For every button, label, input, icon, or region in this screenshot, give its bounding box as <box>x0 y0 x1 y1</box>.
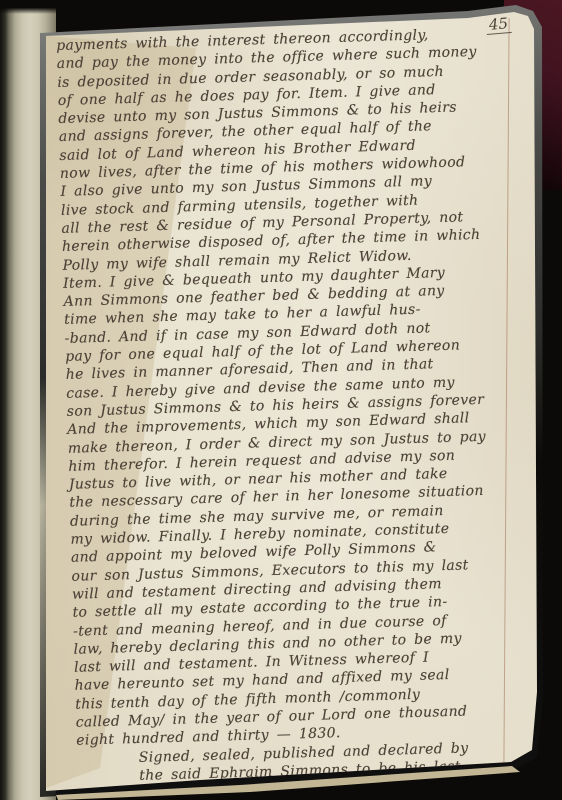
manuscript-page: 45 payments with the interest thereon ac… <box>0 0 562 800</box>
manuscript-text: payments with the interest thereon accor… <box>56 24 532 787</box>
manuscript-photo: 45 payments with the interest thereon ac… <box>0 0 562 800</box>
